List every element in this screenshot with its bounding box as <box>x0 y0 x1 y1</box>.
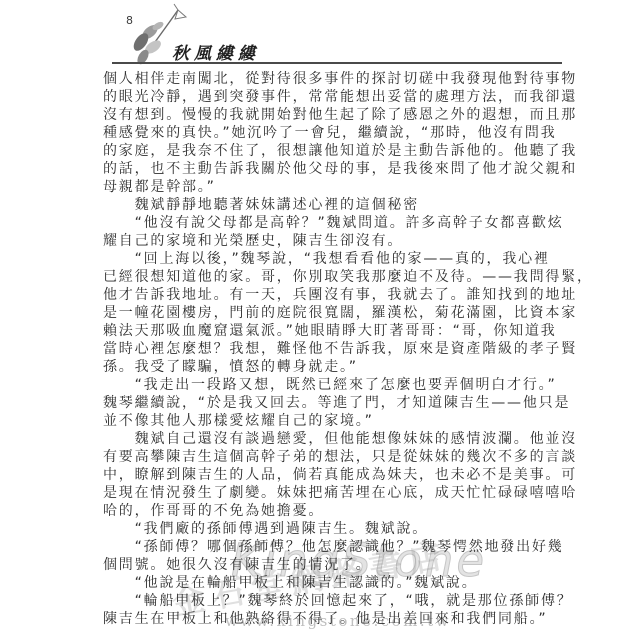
text-line: 的話，也不主動告訴我關於他父母的事，是我後來問了他才說父親和 <box>103 160 565 178</box>
text-line: 已經很想知道他的家。哥，你別取笑我那麼迫不及待。——我問得緊， <box>103 268 565 286</box>
text-line: “輪船甲板上？”魏琴終於回憶起來了，“哦，就是那位孫師傅？ <box>103 592 565 610</box>
text-line: 並不像其他人那樣愛炫耀自己的家境。” <box>103 412 565 430</box>
text-line: 賴法天那吸血魔窟還氣派。”她眼睛睜大盯著哥哥：“哥，你知道我 <box>103 322 565 340</box>
text-line: 中，瞭解到陳吉生的人品，倘若真能成為妹夫，也未必不是美事。可 <box>103 466 565 484</box>
chapter-title: 秋風縷縷 <box>172 39 260 64</box>
text-line: “孫師傅？哪個孫師傅？他怎麼認識他？”魏琴愕然地發出好幾 <box>103 538 565 556</box>
text-line: 他才告訴我地址。有一天，兵團沒有事，我就去了。誰知找到的地址 <box>103 286 565 304</box>
text-line: 的眼光冷靜，遇到突發事件，常常能想出妥當的處理方法，而我卻還 <box>103 88 565 106</box>
text-line: 是現在情況發生了劇變。妹妹把痛苦埋在心底，成天忙忙碌碌嘻嘻哈 <box>103 484 565 502</box>
text-line: 種感覺來的真快。”她沉吟了一會兒，繼續說，“那時，他沒有問我 <box>103 124 565 142</box>
text-line: 有要高攀陳吉生這個高幹子弟的想法，只是從妹妹的幾次不多的言談 <box>103 448 565 466</box>
body-text: 個人相伴走南闖北，從對待很多事件的探討切磋中我發現他對待事物的眼光冷靜，遇到突發… <box>103 70 565 628</box>
text-line: “我們廠的孫師傅遇到過陳吉生。魏斌說。 <box>103 520 565 538</box>
text-line: 哈的，作哥哥的不免為她擔憂。 <box>103 502 565 520</box>
text-line: 耀自己的家境和光榮歷史，陳吉生卻沒有。 <box>103 232 565 250</box>
text-line: 的家庭，是我奈不住了，很想讓他知道於是主動告訴他的。他聽了我 <box>103 142 565 160</box>
text-line: 孫。我受了矇騙，憤怒的轉身就走。” <box>103 358 565 376</box>
text-line: 個人相伴走南闖北，從對待很多事件的探討切磋中我發現他對待事物 <box>103 70 565 88</box>
text-line: 個問號。她很久沒有陳吉生的情況了。 <box>103 556 565 574</box>
text-line: 陳吉生在甲板上和他熟絡得不得了。他是出差回來和我們同船。” <box>103 610 565 628</box>
text-line: 魏斌自己還沒有談過戀愛，但他能想像妹妹的感情波瀾。他並沒 <box>103 430 565 448</box>
text-line: “我走出一段路又想，既然已經來了怎麼也要弄個明白才行。” <box>103 376 565 394</box>
text-line: 當時心裡怎麼想？我想，難怪他不告訴我，原來是資產階級的孝子賢 <box>103 340 565 358</box>
text-line: “他說是在輪船甲板上和陳吉生認識的。”魏斌說。 <box>103 574 565 592</box>
text-line: 魏斌靜靜地聽著妹妹講述心裡的這個秘密 <box>103 196 565 214</box>
text-line: 是一幢花園樓房，門前的庭院很寬闊，羅漢松，菊花滿園，比資本家 <box>103 304 565 322</box>
text-line: 魏琴繼續說，“於是我又回去。等進了門，才知道陳吉生——他只是 <box>103 394 565 412</box>
text-line: 沒有想到。慢慢的我就開始對他生起了除了感恩之外的遐想，而且那 <box>103 106 565 124</box>
text-line: “回上海以後，”魏琴說，“我想看看他的家——真的，我心裡 <box>103 250 565 268</box>
text-line: 母親都是幹部。” <box>103 178 565 196</box>
text-line: “他沒有說父母都是高幹？”魏斌問道。許多高幹子女都喜歡炫 <box>103 214 565 232</box>
book-page: 8 秋風縷縷 KingStone 金石堂網路書店 www.kingstone.c… <box>0 0 640 640</box>
header-rule <box>112 62 562 64</box>
